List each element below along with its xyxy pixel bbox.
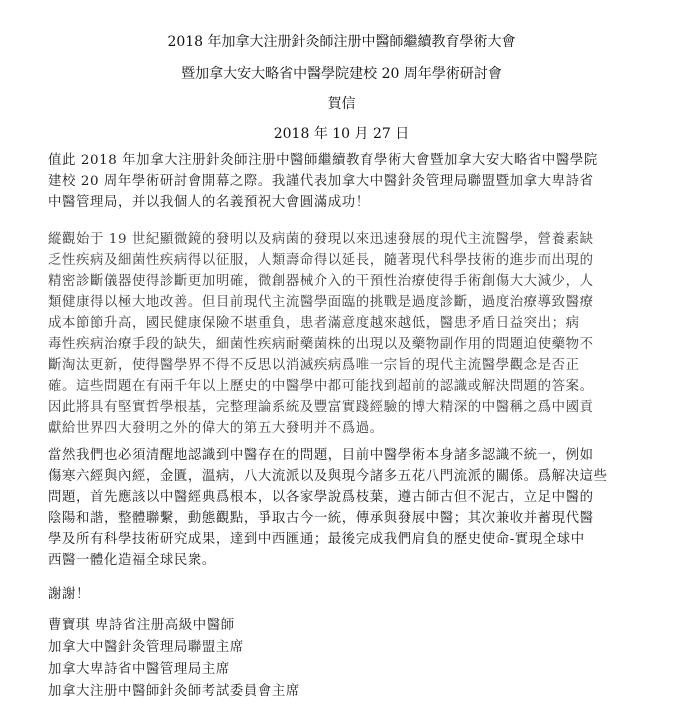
title-line-1: 2018 年加拿大注册針灸師注册中醫師繼續教育學術大會: [0, 33, 683, 51]
letter-date: 2018 年 10 月 27 日: [0, 125, 683, 143]
text-line: 問題，首先應該以中醫經典爲根本，以各家學說爲枝葉，遵古師古但不泥古，立足中醫的: [48, 489, 644, 507]
text-line: 乏性疾病及細菌性疾病得以征服，人類壽命得以延長，隨著現代科學技術的進步而出現的: [48, 252, 644, 270]
signature-line: 加拿大中醫針灸管理局聯盟主席: [48, 639, 644, 657]
text-line: 值此 2018 年加拿大注册針灸師注册中醫師繼續教育學術大會暨加拿大安大略省中醫…: [48, 152, 644, 170]
text-line: 斷淘汰更新，使得醫學界不得不反思以消滅疾病爲唯一宗旨的現代主流醫學觀念是否正: [48, 357, 644, 375]
text-line: 毒性疾病治療手段的缺失，細菌性疾病耐藥菌株的出現以及藥物副作用的問題迫使藥物不: [48, 336, 644, 354]
text-line: 建校 20 周年學術研討會開幕之際。我謹代表加拿大中醫針灸管理局聯盟暨加拿大卑詩…: [48, 173, 644, 191]
text-line: 傷寒六經與內經，金匱，溫病，八大流派以及與現今諸多五花八門流派的關係。爲解决這些: [48, 468, 644, 486]
text-line: 精密診斷儀器使得診斷更加明確，微創器械介入的干預性治療使得手術創傷大大減少，人: [48, 273, 644, 291]
text-line: 西醫一體化造福全球民衆。: [48, 552, 644, 570]
text-line: 縱觀始于 19 世紀顯微鏡的發明以及病菌的發現以來迅速發展的現代主流醫學，營養素…: [48, 231, 644, 249]
text-line: 學及所有科學技術研究成果，達到中西匯通；最後完成我們肩負的歷史使命-實現全球中: [48, 531, 644, 549]
text-line: 確。這些問題在有兩千年以上歷史的中醫學中都可能找到超前的認識或解決問題的答案。: [48, 378, 644, 396]
text-line: 當然我們也必須清醒地認識到中醫存在的問題，目前中醫學術本身諸多認識不統一，例如: [48, 447, 644, 465]
signature-line: 加拿大卑詩省中醫管理局主席: [48, 661, 644, 679]
text-line: 類健康得以極大地改善。但目前現代主流醫學面臨的挑戰是過度診斷，過度治療導致醫療: [48, 294, 644, 312]
text-line: 成本節節升高，國民健康保險不堪重負，患者滿意度越來越低，醫患矛盾日益突出；病: [48, 315, 644, 333]
title-line-2: 暨加拿大安大略省中醫學院建校 20 周年學術研討會: [0, 65, 683, 83]
letter-page: 2018 年加拿大注册針灸師注册中醫師繼續教育學術大會 暨加拿大安大略省中醫學院…: [0, 0, 683, 721]
letter-subtitle: 賀信: [0, 95, 683, 113]
signature-line: 曹寶琪 卑詩省注册高級中醫師: [48, 617, 644, 635]
text-line: 獻給世界四大發明之外的偉大的第五大發明并不爲過。: [48, 420, 644, 438]
signature-line: 加拿大注册中醫師針灸師考試委員會主席: [48, 683, 644, 701]
text-line: 陰陽和諧，整體聯繫，動態觀點，爭取古今一統，傳承與發展中醫；其次兼收并蓄現代醫: [48, 510, 644, 528]
text-line: 中醫管理局，并以我個人的名義預祝大會圓滿成功！: [48, 194, 644, 212]
closing-thanks: 謝謝！: [48, 586, 644, 604]
text-line: 因此將具有堅實哲學根基，完整理論系統及豐富實踐經驗的博大精深的中醫稱之爲中國貢: [48, 399, 644, 417]
